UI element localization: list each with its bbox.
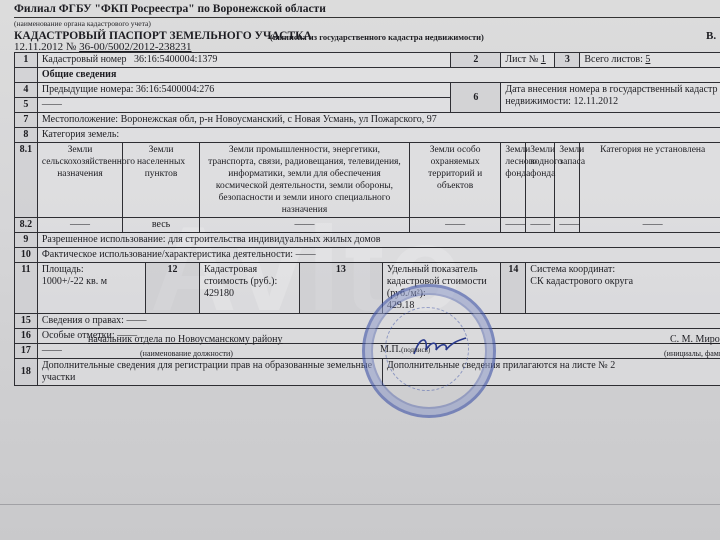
cadastral-value-label: Кадастровая стоимость (руб.): [204, 264, 295, 288]
area-value: 1000+/-22 кв. м [42, 276, 141, 288]
total-sheets-cell: Всего листов: 5 [580, 53, 720, 68]
row-5-value: —— [37, 98, 451, 113]
row-num: 6 [451, 83, 501, 113]
previous-numbers-value: 36:16:5400004:276 [136, 84, 214, 95]
category-value: —— [501, 218, 526, 233]
row-num: 8 [15, 128, 38, 143]
sheet-number-value: 1 [541, 54, 546, 65]
previous-numbers-label: Предыдущие номера: [42, 84, 134, 95]
permitted-use-cell: Разрешенное использование: для строитель… [37, 233, 720, 248]
row-num: 11 [15, 263, 38, 314]
signature-caption: (подпись) [401, 346, 430, 354]
location-label: Местоположение: [42, 114, 118, 125]
organization-underline [14, 17, 720, 18]
row-num: 15 [15, 314, 38, 329]
category-not-set: Категория не установлена [580, 143, 720, 218]
row-num: 18 [15, 359, 38, 386]
cadastral-value-amount: 429180 [204, 288, 295, 300]
signatory-name-caption: (инициалы, фамилия) [664, 349, 720, 358]
row-8-2: 8.2 —— весь —— —— —— —— —— —— [15, 218, 720, 233]
stamp-place-label: М.П.(подпись) [380, 344, 430, 355]
row-4: 4 Предыдущие номера: 36:16:5400004:276 6… [15, 83, 720, 98]
category-industry: Земли промышленности, энергетики, трансп… [199, 143, 409, 218]
area-cell: Площадь: 1000+/-22 кв. м [37, 263, 145, 314]
category-protected: Земли особо охраняемых территорий и объе… [409, 143, 500, 218]
coordinate-system-label: Система координат: [530, 264, 720, 276]
coordinate-system-value: СК кадастрового округа [530, 276, 720, 288]
organization-caption: (наименование органа кадастрового учета) [14, 19, 151, 28]
location-cell: Местоположение: Воронежская обл, р-н Нов… [37, 113, 720, 128]
additional-info-label: Дополнительные сведения для регистрации … [37, 359, 382, 386]
paper-fold-line [0, 504, 720, 505]
row-num: 1 [15, 53, 38, 68]
total-sheets-value: 5 [645, 54, 650, 65]
category-value: —— [199, 218, 409, 233]
permitted-use-value: для строительства индивидуальных жилых д… [168, 234, 380, 245]
coordinate-system-cell: Система координат: СК кадастрового округ… [526, 263, 720, 314]
row-num-empty [15, 68, 38, 83]
category-value: —— [580, 218, 720, 233]
row-9: 9 Разрешенное использование: для строите… [15, 233, 720, 248]
stamp-label: М.П. [380, 344, 401, 355]
row-8: 8 Категория земель: [15, 128, 720, 143]
signatory-name: С. М. Мироно [670, 334, 720, 345]
row-num: 8.1 [15, 143, 38, 218]
row-10: 10 Фактическое использование/характерист… [15, 248, 720, 263]
document-subtitle: (выписка из государственного кадастра не… [270, 32, 484, 42]
cadastral-number-label: Кадастровый номер [42, 54, 127, 65]
row-num: 2 [451, 53, 501, 68]
row-num: 5 [15, 98, 38, 113]
actual-use-cell: Фактическое использование/характеристика… [37, 248, 720, 263]
category-agricultural: Земли сельскохозяйственного назначения [37, 143, 122, 218]
sheet-number-cell: Лист № 1 [501, 53, 555, 68]
category-water: Земли водного фонда [526, 143, 555, 218]
cadastral-value-cell: Кадастровая стоимость (руб.): 429180 [199, 263, 299, 314]
cadastral-number-cell: Кадастровый номер 36:16:5400004:1379 [37, 53, 451, 68]
signatory-position-caption: (наименование должности) [140, 349, 233, 358]
row-num: 17 [15, 344, 38, 359]
row-num: 7 [15, 113, 38, 128]
row-8-1: 8.1 Земли сельскохозяйственного назначен… [15, 143, 720, 218]
actual-use-value: —— [296, 249, 316, 260]
area-label: Площадь: [42, 264, 141, 276]
category-reserve: Земли запаса [555, 143, 580, 218]
category-value: весь [123, 218, 200, 233]
registration-date-value: 12.11.2012 [573, 96, 618, 107]
actual-use-label: Фактическое использование/характеристика… [42, 249, 293, 260]
sheet-number-label: Лист № [505, 54, 538, 65]
organization-name: Филиал ФГБУ "ФКП Росреестра" по Воронежс… [14, 3, 326, 15]
registration-date-cell: Дата внесения номера в государственный к… [501, 83, 720, 113]
category-settlements: Земли населенных пунктов [123, 143, 200, 218]
row-11-14: 11 Площадь: 1000+/-22 кв. м 12 Кадастров… [15, 263, 720, 314]
row-7: 7 Местоположение: Воронежская обл, р-н Н… [15, 113, 720, 128]
row-general: Общие сведения [15, 68, 720, 83]
row-num: 9 [15, 233, 38, 248]
signatory-position: начальник отдела по Новоусманскому район… [88, 334, 283, 345]
previous-numbers-cell: Предыдущие номера: 36:16:5400004:276 [37, 83, 451, 98]
row-num: 8.2 [15, 218, 38, 233]
row-num: 16 [15, 329, 38, 344]
cadastral-number-value: 36:16:5400004:1379 [134, 54, 217, 65]
land-category-label: Категория земель: [37, 128, 720, 143]
row-num: 10 [15, 248, 38, 263]
rights-value: —— [126, 315, 146, 326]
row-1: 1 Кадастровый номер 36:16:5400004:1379 2… [15, 53, 720, 68]
category-forest: Земли лесного фонда [501, 143, 526, 218]
row-num: 4 [15, 83, 38, 98]
category-value: —— [526, 218, 555, 233]
total-sheets-label: Всего листов: [584, 54, 643, 65]
permitted-use-label: Разрешенное использование: [42, 234, 166, 245]
rights-label: Сведения о правах: [42, 315, 124, 326]
row-num: 3 [555, 53, 580, 68]
category-value: —— [555, 218, 580, 233]
row-num: 13 [299, 263, 382, 314]
general-info-heading: Общие сведения [37, 68, 720, 83]
corner-mark: В. [706, 30, 716, 42]
location-value: Воронежская обл, р-н Новоусманский, с Но… [121, 114, 437, 125]
row-num: 12 [145, 263, 199, 314]
category-value: —— [37, 218, 122, 233]
category-value: —— [409, 218, 500, 233]
row-num: 14 [501, 263, 526, 314]
